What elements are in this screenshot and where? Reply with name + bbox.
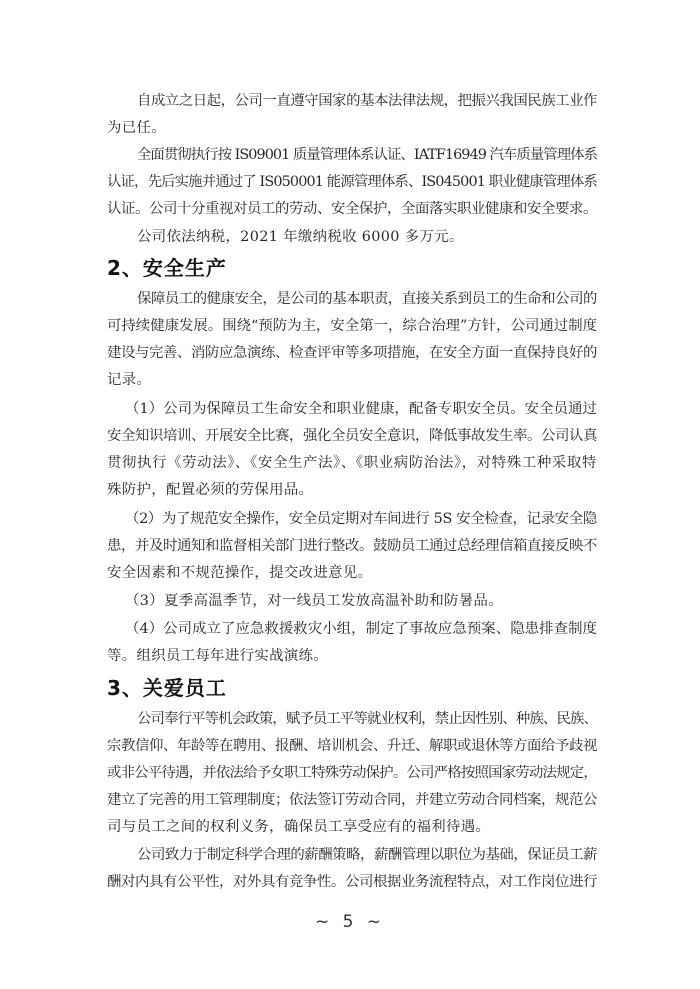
paragraph-line: 殊防护，配置必须的劳保用品。 bbox=[107, 481, 597, 499]
paragraph-line: 公司奉行平等机会政策，赋予员工平等就业权利，禁止因性别、种族、民族、 bbox=[137, 710, 597, 728]
paragraph-line: 公司依法纳税，2021 年缴纳税收 6000 多万元。 bbox=[137, 228, 597, 246]
paragraph-line: 酬对内具有公平性，对外具有竞争性。公司根据业务流程特点，对工作岗位进行 bbox=[107, 873, 597, 891]
paragraph-line: 建设与完善、消防应急演练、检查评审等多项措施，在安全方面一直保持良好的 bbox=[107, 344, 597, 362]
list-item-line: （3）夏季高温季节，对一线员工发放高温补助和防暑品。 bbox=[125, 592, 597, 610]
paragraph-line: 全面贯彻执行按 IS09001 质量管理体系认证、IATF16949 汽车质量管… bbox=[137, 146, 597, 164]
paragraph-line: 认证，先后实施并通过了 IS050001 能源管理体系、IS045001 职业健… bbox=[107, 173, 597, 191]
paragraph-line: 为已任。 bbox=[107, 119, 597, 137]
paragraph-line: 或非公平待遇，并依法给予女职工特殊劳动保护。公司严格按照国家劳动法规定， bbox=[107, 764, 597, 782]
paragraph-line: 贯彻执行《劳动法》、《安全生产法》、《职业病防治法》，对特殊工种采取特 bbox=[107, 454, 597, 472]
page-number: ~ 5 ~ bbox=[0, 912, 700, 932]
paragraph-line: 自成立之日起，公司一直遵守国家的基本法律法规，把振兴我国民族工业作 bbox=[137, 92, 597, 110]
paragraph-line: 认证。公司十分重视对员工的劳动、安全保护，全面落实职业健康和安全要求。 bbox=[107, 200, 597, 218]
paragraph-line: 记录。 bbox=[107, 371, 597, 389]
paragraph-line: 公司致力于制定科学合理的薪酬策略，薪酬管理以职位为基础，保证员工薪 bbox=[137, 846, 597, 864]
paragraph-line: 司与员工之间的权利义务，确保员工享受应有的福利待遇。 bbox=[107, 818, 597, 836]
paragraph-line: 安全因素和不规范操作，提交改进意见。 bbox=[107, 564, 597, 582]
list-item-line: （1）公司为保障员工生命安全和职业健康，配备专职安全员。安全员通过 bbox=[125, 400, 597, 418]
paragraph-line: 等。组织员工每年进行实战演练。 bbox=[107, 647, 597, 665]
document-page: 自成立之日起，公司一直遵守国家的基本法律法规，把振兴我国民族工业作 为已任。 全… bbox=[0, 0, 700, 989]
paragraph-line: 安全知识培训、开展安全比赛，强化全员安全意识，降低事故发生率。公司认真 bbox=[107, 427, 597, 445]
paragraph-line: 可持续健康发展。围绕“预防为主，安全第一，综合治理”方针，公司通过制度 bbox=[107, 317, 597, 335]
list-item-line: （4）公司成立了应急救援救灾小组，制定了事故应急预案、隐患排查制度 bbox=[125, 620, 597, 638]
list-item-line: （2）为了规范安全操作，安全员定期对车间进行 5S 安全检查，记录安全隐 bbox=[125, 510, 597, 528]
paragraph-line: 保障员工的健康安全，是公司的基本职责，直接关系到员工的生命和公司的 bbox=[137, 290, 597, 308]
paragraph-line: 患，并及时通知和监督相关部门进行整改。鼓励员工通过总经理信箱直接反映不 bbox=[107, 537, 597, 555]
section-heading-safety: 2、安全生产 bbox=[107, 256, 227, 280]
paragraph-line: 宗教信仰、年龄等在聘用、报酬、培训机会、升迁、解职或退休等方面给予歧视 bbox=[107, 737, 597, 755]
section-heading-employee-care: 3、关爱员工 bbox=[107, 676, 227, 700]
paragraph-line: 建立了完善的用工管理制度；依法签订劳动合同，并建立劳动合同档案，规范公 bbox=[107, 791, 597, 809]
